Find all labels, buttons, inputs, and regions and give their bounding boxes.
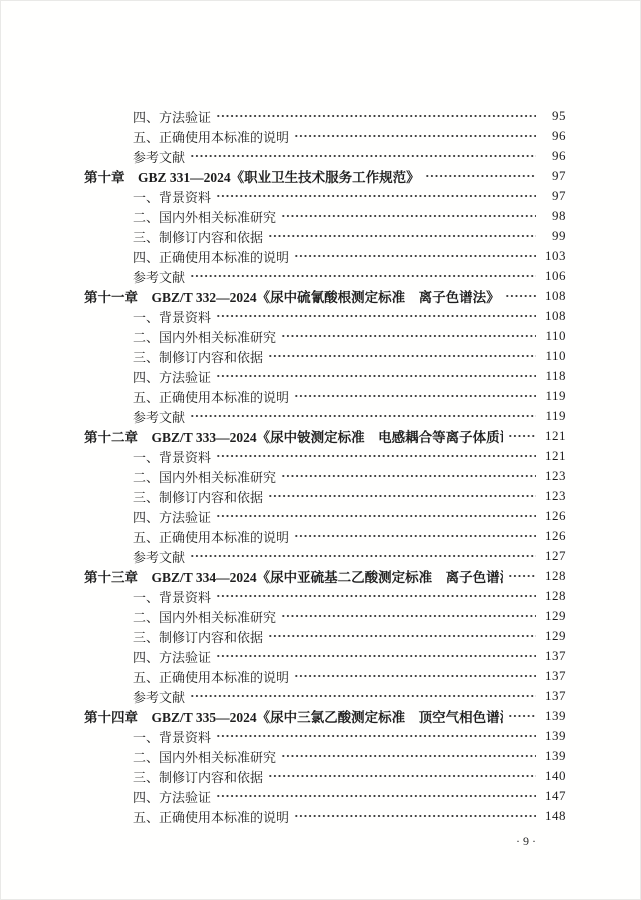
toc-entry-label: 一、背景资料: [133, 447, 211, 466]
toc-entry-page: 147: [542, 788, 566, 804]
toc-entry-page: 106: [542, 268, 566, 284]
dot-leader: [281, 326, 536, 346]
toc-entry: 五、正确使用本标准的说明 148: [84, 806, 566, 826]
toc-entry-page: 108: [542, 288, 566, 304]
dot-leader: [281, 606, 536, 626]
toc-entry-label: 二、国内外相关标准研究: [133, 467, 276, 486]
toc-entry-page: 119: [542, 388, 566, 404]
dot-leader: [216, 366, 536, 386]
dot-leader: [216, 786, 536, 806]
toc-entry-page: 139: [542, 748, 566, 764]
toc-entry-page: 121: [542, 428, 566, 444]
dot-leader: [294, 806, 536, 826]
toc-entry-page: 137: [542, 648, 566, 664]
toc-entry: 一、背景资料 128: [84, 586, 566, 606]
toc-entry: 二、国内外相关标准研究 139: [84, 746, 566, 766]
toc-entry-label: 三、制修订内容和依据: [133, 767, 263, 786]
toc-entry-page: 96: [542, 148, 566, 164]
toc-entry-label: 二、国内外相关标准研究: [133, 207, 276, 226]
toc-entry-label: 五、正确使用本标准的说明: [133, 667, 289, 686]
toc-entry-label: 四、方法验证: [133, 647, 211, 666]
toc-entry: 一、背景资料 108: [84, 306, 566, 326]
toc-entry-page: 119: [542, 408, 566, 424]
toc-entry-label: 四、正确使用本标准的说明: [133, 247, 289, 266]
toc-entry-page: 127: [542, 548, 566, 564]
toc-list: 四、方法验证 95 五、正确使用本标准的说明 96 参考文献 96 第十章 GB…: [84, 106, 566, 826]
toc-entry-label: 五、正确使用本标准的说明: [133, 387, 289, 406]
toc-entry-label: 一、背景资料: [133, 587, 211, 606]
dot-leader: [294, 526, 536, 546]
toc-entry-page: 99: [542, 228, 566, 244]
toc-entry: 四、正确使用本标准的说明 103: [84, 246, 566, 266]
dot-leader: [281, 466, 536, 486]
toc-entry-label: 二、国内外相关标准研究: [133, 327, 276, 346]
toc-entry-page: 108: [542, 308, 566, 324]
toc-entry-page: 128: [542, 568, 566, 584]
toc-entry: 三、制修订内容和依据 140: [84, 766, 566, 786]
toc-entry-label: 五、正确使用本标准的说明: [133, 127, 289, 146]
dot-leader: [216, 646, 536, 666]
toc-entry-label: 三、制修订内容和依据: [133, 487, 263, 506]
toc-page: 四、方法验证 95 五、正确使用本标准的说明 96 参考文献 96 第十章 GB…: [0, 0, 641, 900]
toc-entry: 五、正确使用本标准的说明 126: [84, 526, 566, 546]
toc-entry-page: 110: [542, 348, 566, 364]
toc-entry-label: 四、方法验证: [133, 367, 211, 386]
toc-entry-label: 三、制修订内容和依据: [133, 347, 263, 366]
toc-entry-page: 126: [542, 528, 566, 544]
dot-leader: [505, 286, 536, 306]
toc-entry: 四、方法验证 147: [84, 786, 566, 806]
toc-entry: 三、制修订内容和依据 123: [84, 486, 566, 506]
toc-entry: 参考文献 127: [84, 546, 566, 566]
dot-leader: [190, 146, 536, 166]
dot-leader: [508, 706, 536, 726]
dot-leader: [216, 306, 536, 326]
toc-entry-page: 129: [542, 608, 566, 624]
toc-entry-label: 二、国内外相关标准研究: [133, 607, 276, 626]
dot-leader: [190, 266, 536, 286]
toc-entry: 四、方法验证 95: [84, 106, 566, 126]
toc-entry-label: 五、正确使用本标准的说明: [133, 527, 289, 546]
toc-entry-label: 四、方法验证: [133, 107, 211, 126]
dot-leader: [508, 566, 536, 586]
toc-entry-label: 第十三章 GBZ/T 334—2024《尿中亚硫基二乙酸测定标准 离子色谱法》: [84, 566, 503, 586]
toc-entry-page: 137: [542, 688, 566, 704]
dot-leader: [216, 506, 536, 526]
toc-entry-page: 129: [542, 628, 566, 644]
toc-entry-page: 103: [542, 248, 566, 264]
toc-entry: 三、制修订内容和依据 110: [84, 346, 566, 366]
toc-entry-page: 110: [542, 328, 566, 344]
toc-entry-label: 参考文献: [133, 407, 185, 426]
dot-leader: [294, 126, 536, 146]
toc-entry: 三、制修订内容和依据 129: [84, 626, 566, 646]
toc-entry: 二、国内外相关标准研究 110: [84, 326, 566, 346]
toc-entry-label: 三、制修订内容和依据: [133, 627, 263, 646]
toc-entry-label: 一、背景资料: [133, 727, 211, 746]
page-footer: · 9 ·: [1, 834, 566, 849]
toc-entry-label: 参考文献: [133, 547, 185, 566]
toc-entry: 第十四章 GBZ/T 335—2024《尿中三氯乙酸测定标准 顶空气相色谱法》 …: [84, 706, 566, 726]
toc-entry-page: 96: [542, 128, 566, 144]
toc-entry-label: 四、方法验证: [133, 787, 211, 806]
toc-entry: 五、正确使用本标准的说明 137: [84, 666, 566, 686]
toc-entry-page: 139: [542, 708, 566, 724]
toc-entry-page: 148: [542, 808, 566, 824]
toc-entry-page: 118: [542, 368, 566, 384]
toc-entry-page: 139: [542, 728, 566, 744]
toc-entry-page: 126: [542, 508, 566, 524]
dot-leader: [268, 486, 536, 506]
toc-entry-page: 137: [542, 668, 566, 684]
toc-entry-page: 128: [542, 588, 566, 604]
toc-entry-page: 140: [542, 768, 566, 784]
toc-entry: 一、背景资料 97: [84, 186, 566, 206]
toc-entry: 一、背景资料 121: [84, 446, 566, 466]
dot-leader: [216, 586, 536, 606]
toc-entry-page: 97: [542, 168, 566, 184]
toc-entry-label: 第十章 GBZ 331—2024《职业卫生技术服务工作规范》: [84, 166, 420, 186]
toc-entry: 二、国内外相关标准研究 129: [84, 606, 566, 626]
dot-leader: [268, 346, 536, 366]
dot-leader: [294, 386, 536, 406]
toc-entry-page: 98: [542, 208, 566, 224]
dot-leader: [216, 446, 536, 466]
toc-entry: 二、国内外相关标准研究 123: [84, 466, 566, 486]
toc-entry: 参考文献 137: [84, 686, 566, 706]
toc-entry-label: 二、国内外相关标准研究: [133, 747, 276, 766]
toc-entry: 五、正确使用本标准的说明 119: [84, 386, 566, 406]
toc-entry: 四、方法验证 118: [84, 366, 566, 386]
toc-entry-label: 一、背景资料: [133, 307, 211, 326]
dot-leader: [268, 626, 536, 646]
toc-entry: 四、方法验证 137: [84, 646, 566, 666]
dot-leader: [216, 106, 536, 126]
folio-number: · 9 ·: [516, 834, 536, 848]
dot-leader: [268, 226, 536, 246]
toc-entry-label: 一、背景资料: [133, 187, 211, 206]
dot-leader: [425, 166, 536, 186]
dot-leader: [281, 746, 536, 766]
dot-leader: [190, 546, 536, 566]
toc-entry-page: 123: [542, 488, 566, 504]
toc-entry-page: 97: [542, 188, 566, 204]
toc-entry: 第十三章 GBZ/T 334—2024《尿中亚硫基二乙酸测定标准 离子色谱法》 …: [84, 566, 566, 586]
dot-leader: [190, 686, 536, 706]
dot-leader: [190, 406, 536, 426]
toc-entry: 第十二章 GBZ/T 333—2024《尿中铍测定标准 电感耦合等离子体质谱法》…: [84, 426, 566, 446]
toc-entry-page: 95: [542, 108, 566, 124]
toc-entry: 五、正确使用本标准的说明 96: [84, 126, 566, 146]
toc-entry: 第十一章 GBZ/T 332—2024《尿中硫氰酸根测定标准 离子色谱法》 10…: [84, 286, 566, 306]
toc-entry-label: 五、正确使用本标准的说明: [133, 807, 289, 826]
toc-entry-page: 123: [542, 468, 566, 484]
toc-entry-page: 121: [542, 448, 566, 464]
toc-entry: 三、制修订内容和依据 99: [84, 226, 566, 246]
toc-entry: 一、背景资料 139: [84, 726, 566, 746]
toc-entry: 二、国内外相关标准研究 98: [84, 206, 566, 226]
toc-entry-label: 第十二章 GBZ/T 333—2024《尿中铍测定标准 电感耦合等离子体质谱法》: [84, 426, 503, 446]
dot-leader: [294, 246, 536, 266]
toc-entry-label: 参考文献: [133, 267, 185, 286]
toc-entry: 四、方法验证 126: [84, 506, 566, 526]
toc-entry: 参考文献 119: [84, 406, 566, 426]
dot-leader: [216, 726, 536, 746]
toc-entry: 第十章 GBZ 331—2024《职业卫生技术服务工作规范》 97: [84, 166, 566, 186]
dot-leader: [281, 206, 536, 226]
dot-leader: [216, 186, 536, 206]
toc-entry-label: 四、方法验证: [133, 507, 211, 526]
toc-entry-label: 参考文献: [133, 147, 185, 166]
dot-leader: [294, 666, 536, 686]
toc-entry: 参考文献 106: [84, 266, 566, 286]
toc-entry-label: 第十一章 GBZ/T 332—2024《尿中硫氰酸根测定标准 离子色谱法》: [84, 286, 500, 306]
dot-leader: [268, 766, 536, 786]
toc-entry-label: 参考文献: [133, 687, 185, 706]
dot-leader: [508, 426, 536, 446]
toc-entry-label: 三、制修订内容和依据: [133, 227, 263, 246]
toc-entry: 参考文献 96: [84, 146, 566, 166]
toc-entry-label: 第十四章 GBZ/T 335—2024《尿中三氯乙酸测定标准 顶空气相色谱法》: [84, 706, 503, 726]
